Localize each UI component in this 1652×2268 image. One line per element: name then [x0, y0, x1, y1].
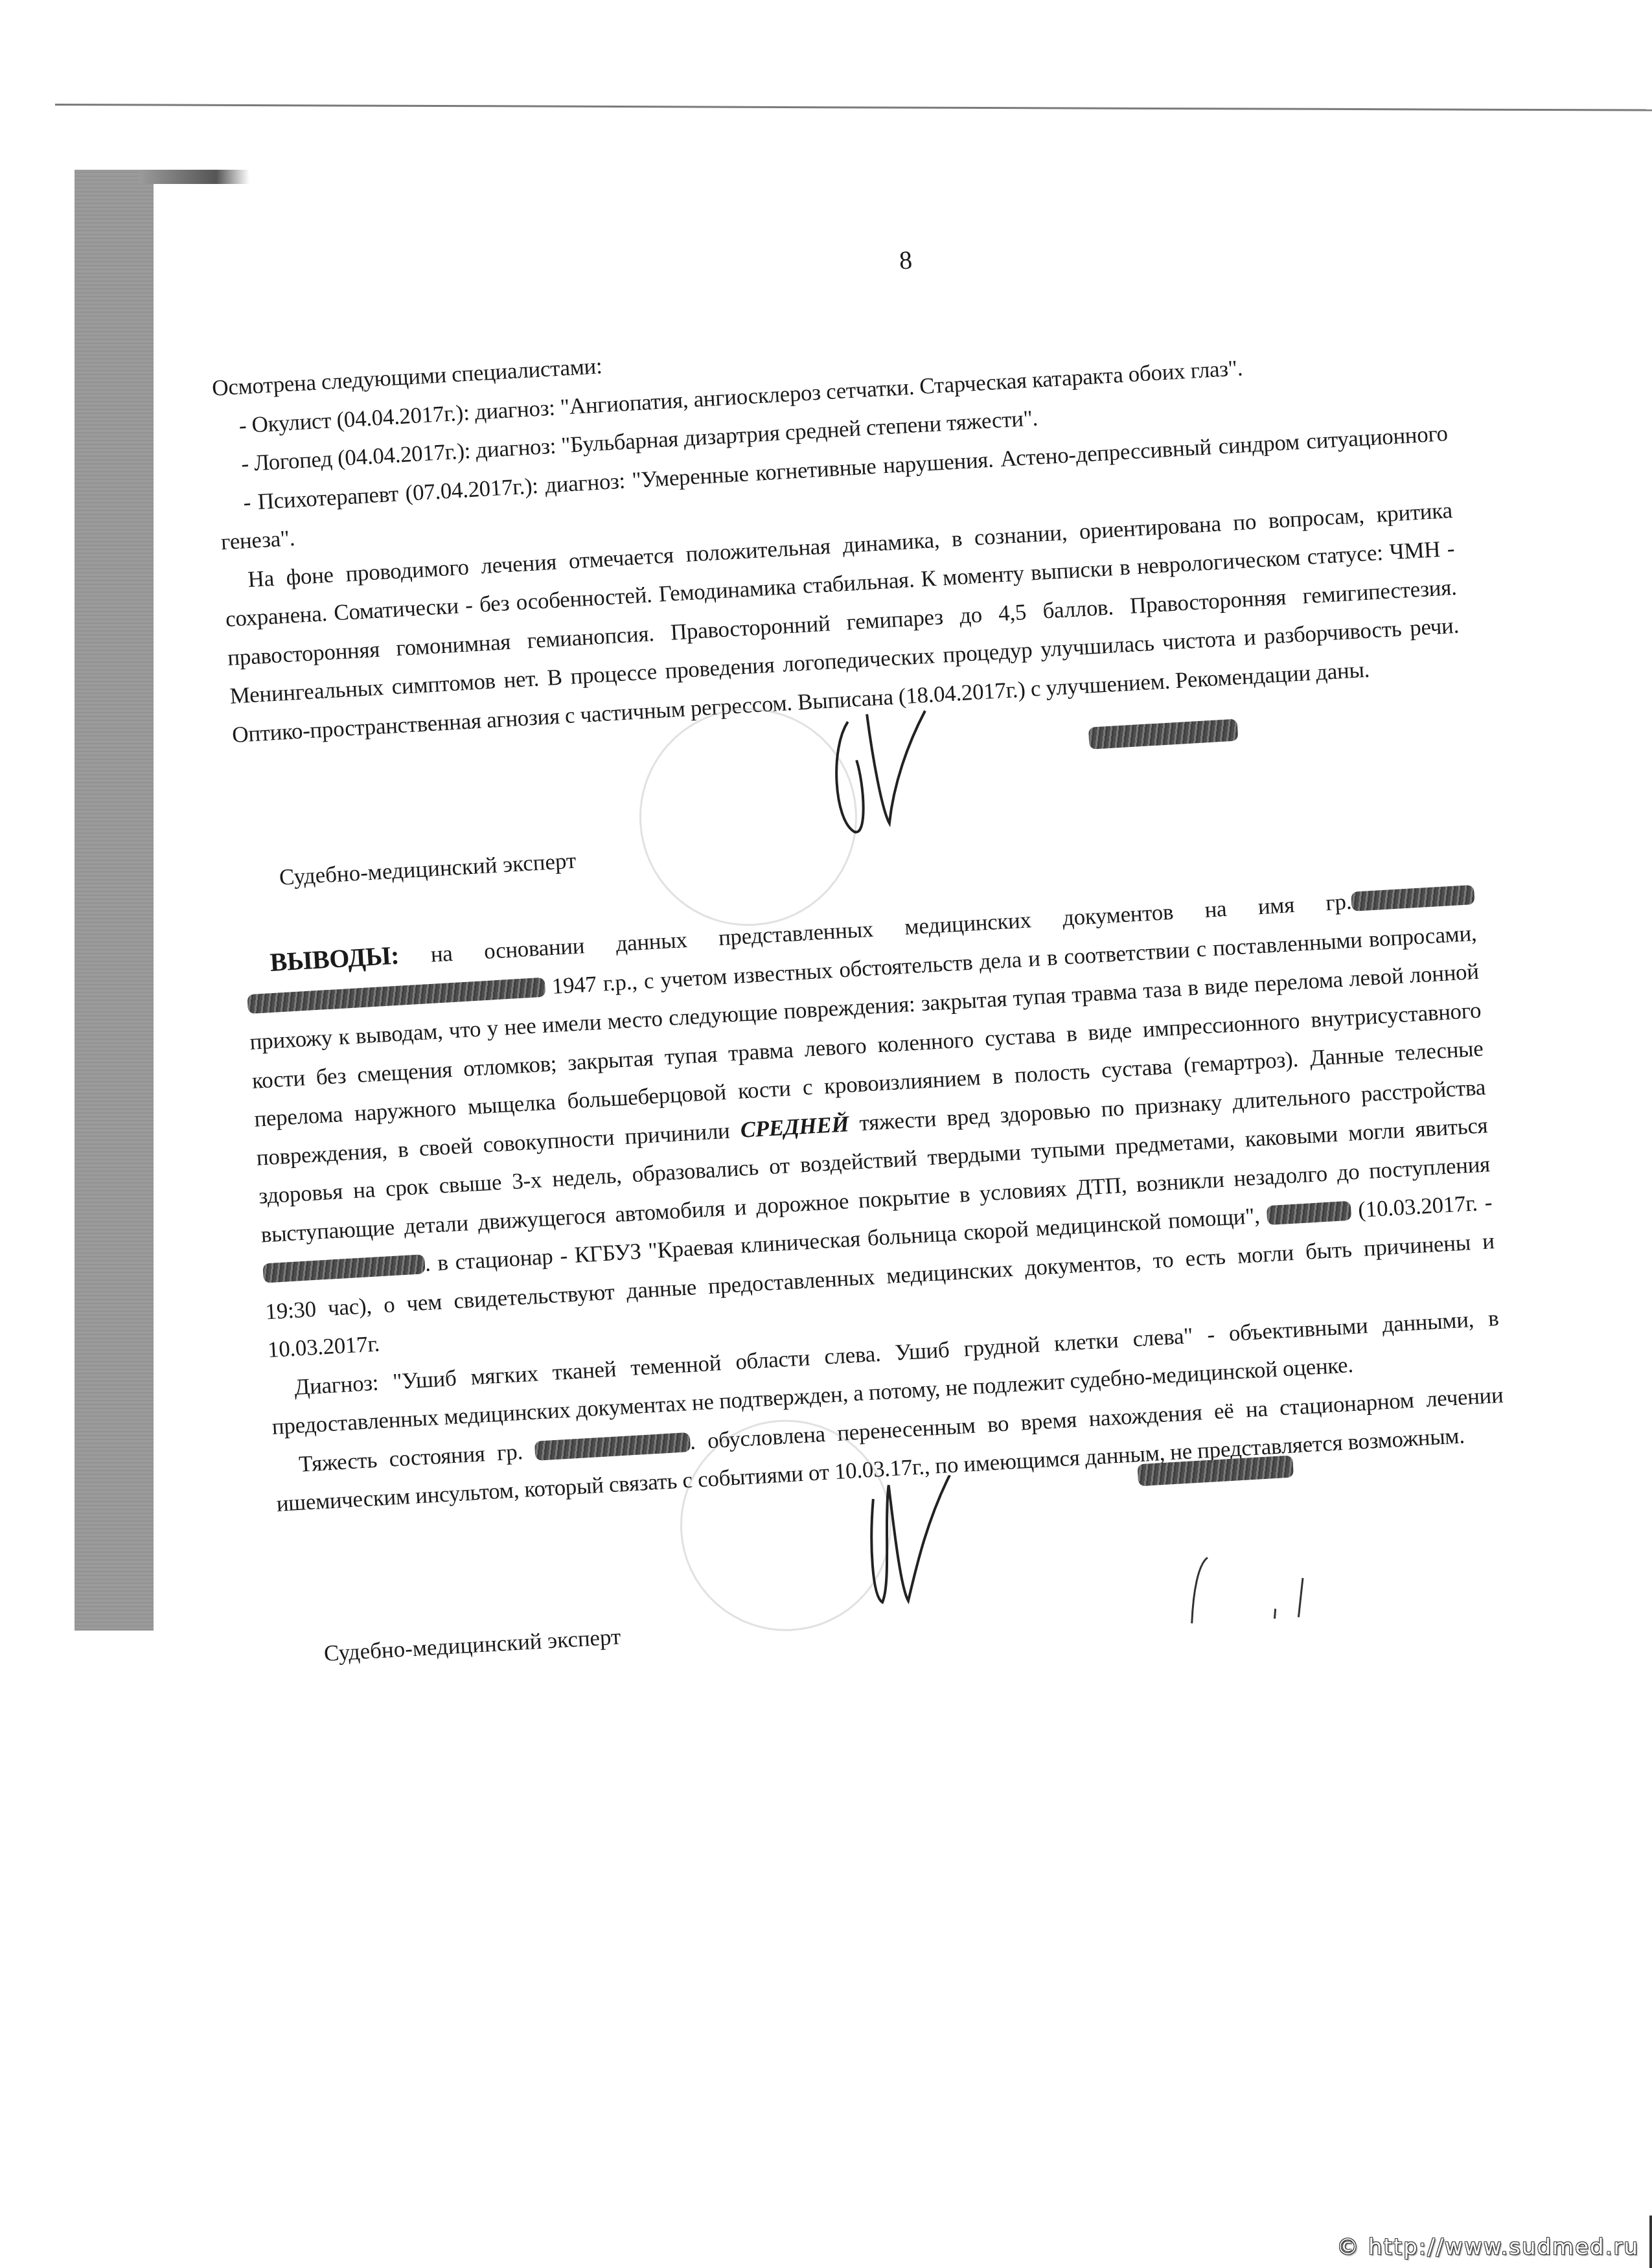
severity-emphasis: СРЕДНЕЙ [740, 1111, 850, 1143]
site-watermark: © http://www.sudmed.ru [1337, 2234, 1639, 2260]
redacted-admission-date [262, 1254, 425, 1283]
conclusions-section: ВЫВОДЫ: на основании данных представленн… [244, 874, 1506, 1523]
pen-marks-icon [1162, 1545, 1322, 1632]
scanner-edge-line [55, 104, 1652, 111]
signature-icon [821, 704, 939, 840]
conclusions-heading: ВЫВОДЫ: [269, 941, 400, 977]
redacted-patient-name [1351, 885, 1474, 911]
scanner-edge [1649, 2216, 1652, 2268]
page-number: 8 [898, 244, 913, 275]
conclusions-paragraph: ВЫВОДЫ: на основании данных представленн… [244, 874, 1498, 1369]
signature-block-2: Судебно-медицинский эксперт [282, 1520, 1518, 1721]
specialists-section: Осмотрена следующими специалистами: - Ок… [211, 298, 1462, 753]
document-page: 8 Осмотрена следующими специалистами: - … [207, 234, 1436, 304]
redacted-expert-name [1088, 719, 1239, 750]
redacted-patient-name-3 [534, 1432, 690, 1461]
expert-label-2: Судебно-медицинский эксперт [323, 1624, 621, 1667]
signature-icon [853, 1474, 970, 1610]
scanner-shadow-band [75, 170, 154, 1631]
expert-label: Судебно-медицинский эксперт [279, 848, 577, 891]
redacted-date [1267, 1201, 1352, 1225]
redacted-patient-name-2 [247, 977, 545, 1013]
